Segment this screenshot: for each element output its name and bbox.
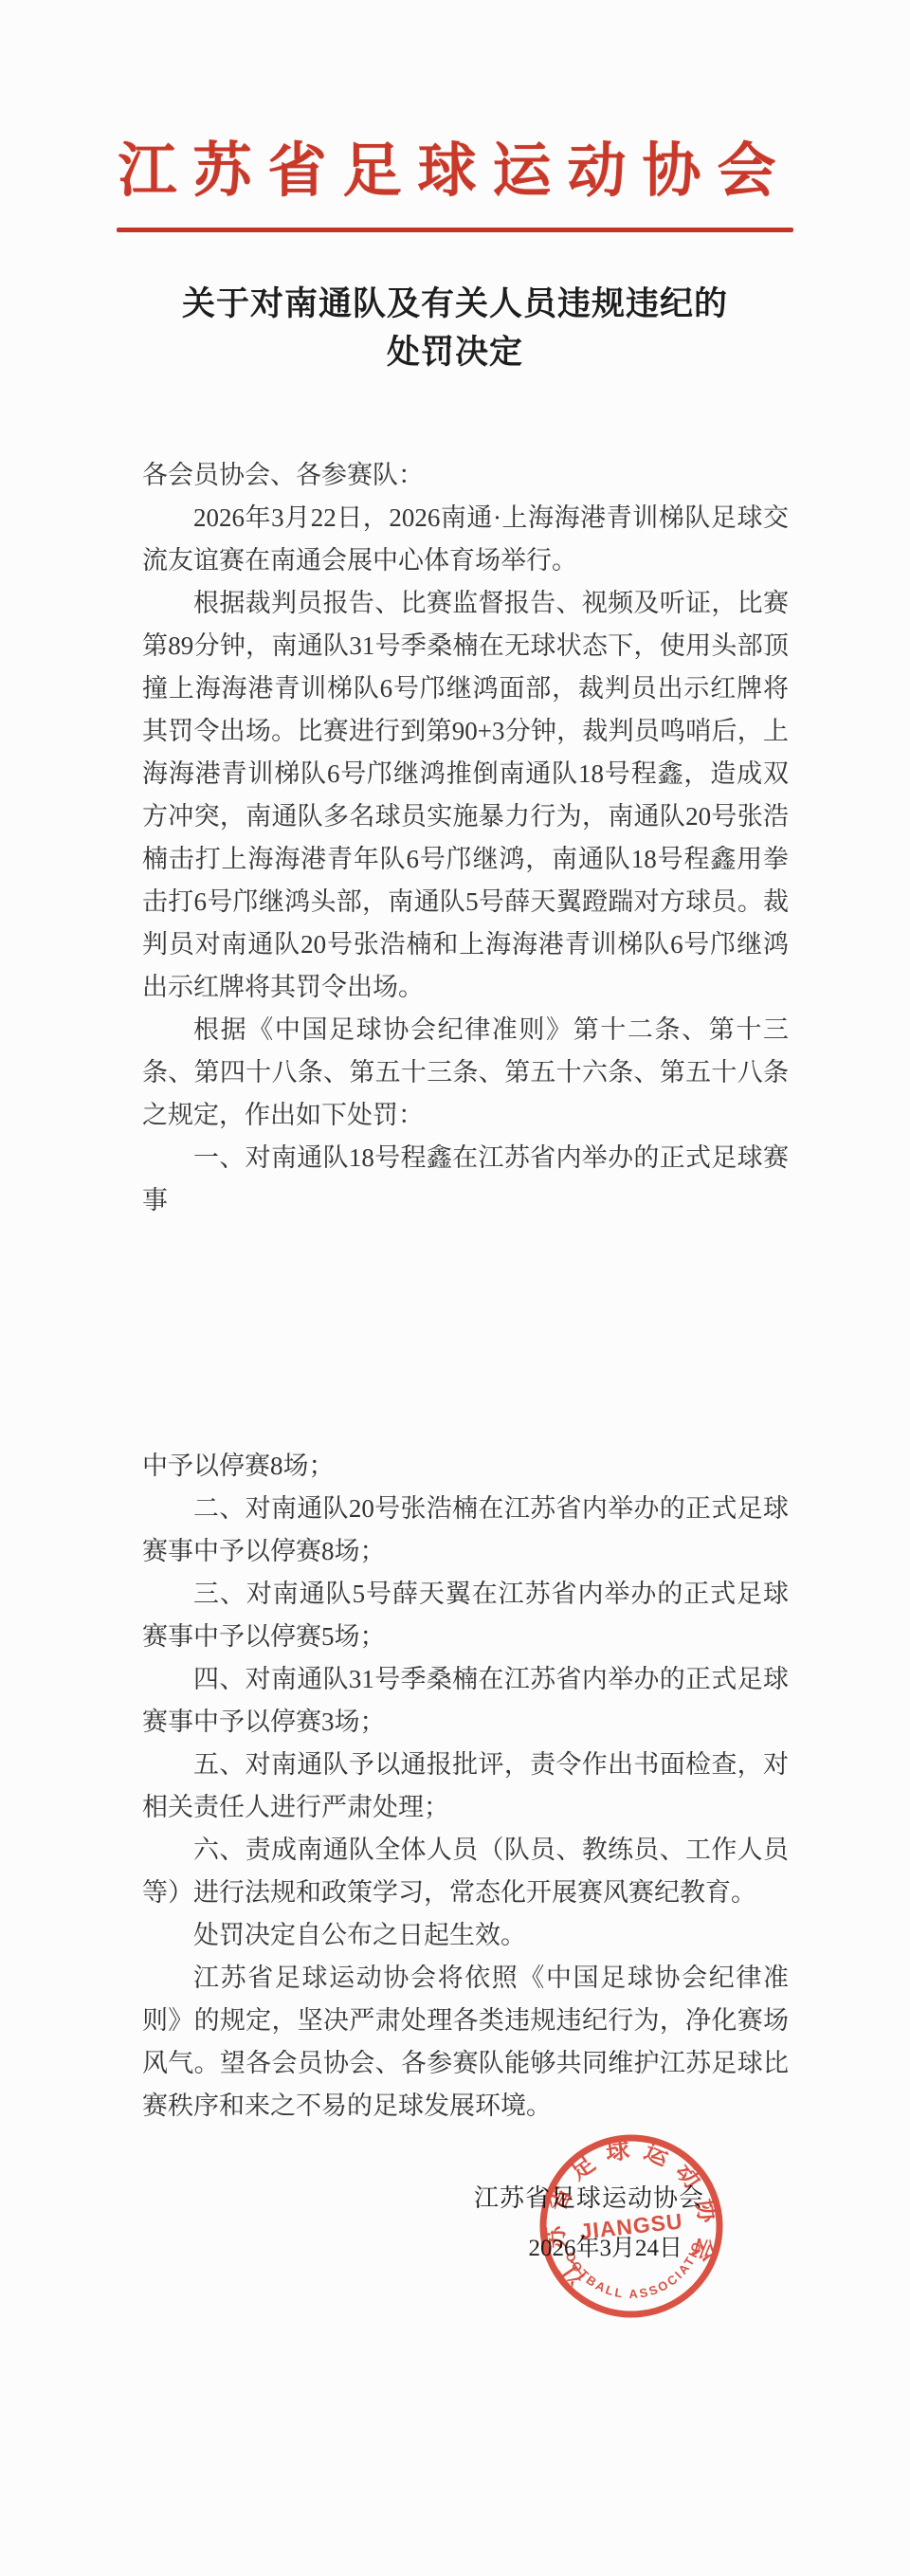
penalty-item-1-part1: 一、对南通队18号程鑫在江苏省内举办的正式足球赛事 [142, 1137, 789, 1222]
paragraph-effective-date: 处罚决定自公布之日起生效。 [142, 1914, 789, 1957]
paragraph-incident-report: 根据裁判员报告、比赛监督报告、视频及听证，比赛第89分钟，南通队31号季桑楠在无… [142, 582, 789, 1009]
salutation: 各会员协会、各参赛队： [142, 454, 789, 497]
document-title-line2: 处罚决定 [0, 328, 910, 376]
penalty-item-1-part2: 中予以停赛8场； [142, 1445, 789, 1488]
page-break-gap [142, 1222, 789, 1445]
stamp-ring [535, 2129, 728, 2323]
letterhead-org-name: 江苏省足球运动协会 [0, 0, 910, 205]
penalty-item-5: 五、对南通队予以通报批评，责令作出书面检查，对相关责任人进行严肃处理； [142, 1744, 789, 1829]
penalty-item-2: 二、对南通队20号张浩楠在江苏省内举办的正式足球赛事中予以停赛8场； [142, 1488, 789, 1573]
document-title: 关于对南通队及有关人员违规违纪的 处罚决定 [0, 280, 910, 376]
document-title-line1: 关于对南通队及有关人员违规违纪的 [0, 280, 910, 328]
paragraph-closing: 江苏省足球运动协会将依照《中国足球协会纪律准则》的规定，坚决严肃处理各类违规违纪… [142, 1957, 789, 2128]
document-body: 各会员协会、各参赛队： 2026年3月22日，2026南通·上海海港青训梯队足球… [142, 454, 789, 2128]
stamp-english-arc-text: FOOTBALL ASSOCIATION [527, 2122, 710, 2311]
penalty-item-4: 四、对南通队31号季桑楠在江苏省内举办的正式足球赛事中予以停赛3场； [142, 1658, 789, 1744]
signature-date: 2026年3月24日 [528, 2234, 682, 2264]
document-page: 江苏省足球运动协会 关于对南通队及有关人员违规违纪的 处罚决定 各会员协会、各参… [0, 0, 910, 2576]
signature-org-name: 江苏省足球运动协会 [474, 2183, 704, 2215]
paragraph-rules-basis: 根据《中国足球协会纪律准则》第十二条、第十三条、第四十八条、第五十三条、第五十六… [142, 1009, 789, 1137]
penalty-item-3: 三、对南通队5号薛天翼在江苏省内举办的正式足球赛事中予以停赛5场； [142, 1573, 789, 1658]
penalty-item-6: 六、责成南通队全体人员（队员、教练员、工作人员等）进行法规和政策学习，常态化开展… [142, 1829, 789, 1914]
paragraph-match-intro: 2026年3月22日，2026南通·上海海港青训梯队足球交流友谊赛在南通会展中心… [142, 497, 789, 582]
letterhead-rule [117, 228, 793, 232]
official-seal-stamp: 江苏省足球运动协会 JIANGSU FOOTBALL ASSOCIATION [527, 2122, 736, 2330]
